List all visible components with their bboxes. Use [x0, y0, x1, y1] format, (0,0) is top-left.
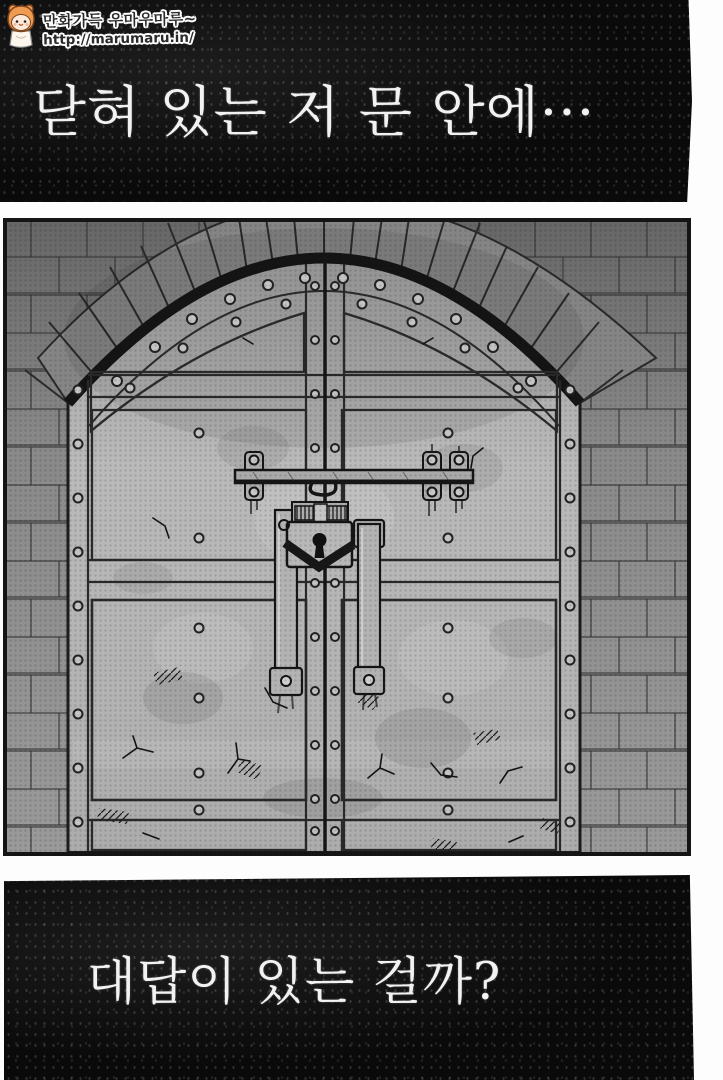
watermark-text: 만화가득 우마우마루~ http://marumaru.in/ — [43, 8, 197, 49]
mascot-icon — [2, 3, 40, 49]
bottom-caption: 대답이 있는 걸까? — [4, 875, 694, 1011]
watermark-site-name: 만화가득 우마우마루~ — [43, 8, 197, 32]
door-illustration — [3, 218, 691, 856]
manga-panel — [3, 218, 691, 856]
watermark-url: http://marumaru.in/ — [43, 30, 197, 49]
bottom-caption-band: 대답이 있는 걸까? — [4, 875, 694, 1080]
arched-double-door — [64, 228, 584, 856]
manga-page: 닫혀 있는 저 문 안에··· 만화가득 우마우마루~ http://marum… — [0, 0, 723, 1080]
watermark: 만화가득 우마우마루~ http://marumaru.in/ — [2, 3, 197, 49]
